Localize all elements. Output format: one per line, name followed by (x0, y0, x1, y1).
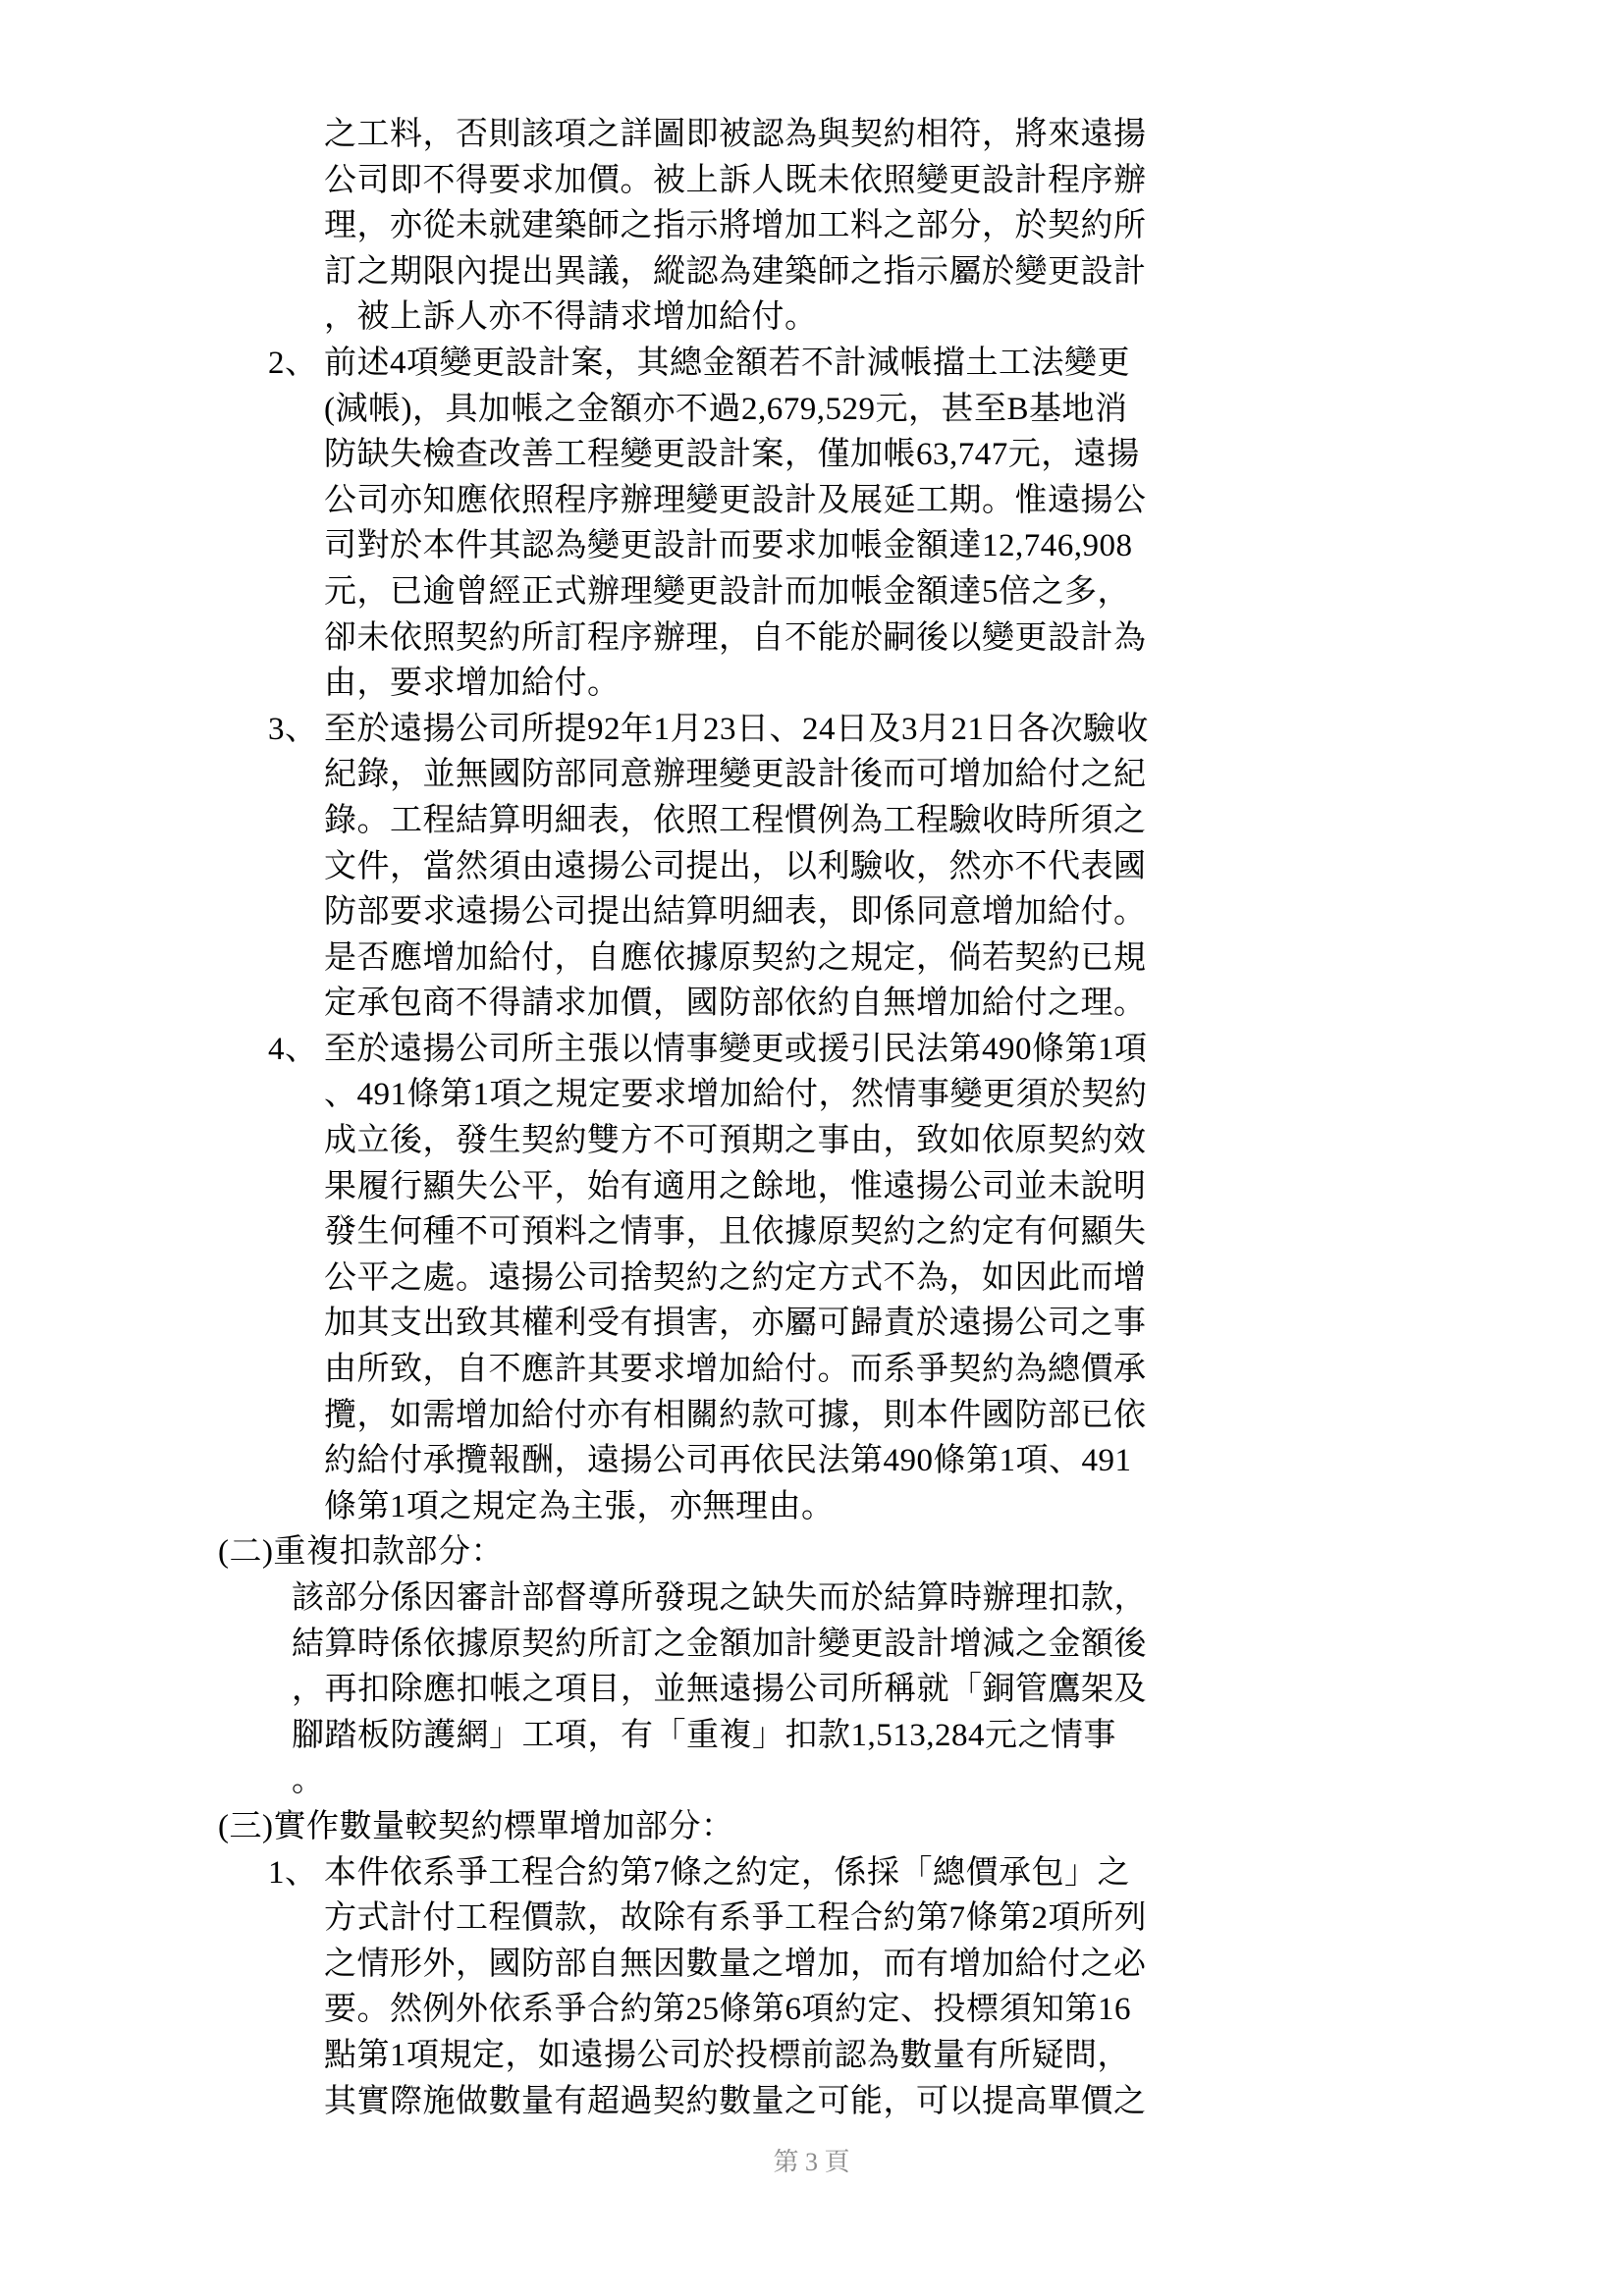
document-line: 方式計付工程價款，故除有系爭工程合約第7條第2項所列 (324, 1896, 1623, 1942)
document-line: ，被上訴人亦不得請求增加給付。 (324, 294, 1623, 341)
document-line: 定承包商不得請求加價，國防部依約自無增加給付之理。 (324, 981, 1623, 1027)
document-line: 由所致，自不應許其要求增加給付。而系爭契約為總價承 (324, 1347, 1623, 1393)
document-line: 其實際施做數量有超過契約數量之可能，可以提高單價之 (324, 2079, 1623, 2125)
document-page: 之工料，否則該項之詳圖即被認為與契約相符，將來遠揚公司即不得要求加價。被上訴人既… (0, 0, 1623, 2296)
document-line: 錄。工程結算明細表，依照工程慣例為工程驗收時所須之 (324, 798, 1623, 844)
document-line: 訂之期限內提出異議，縱認為建築師之指示屬於變更設計 (324, 249, 1623, 295)
document-line: 元，已逾曾經正式辦理變更設計而加帳金額達5倍之多， (324, 569, 1623, 615)
document-line: 之情形外，國防部自無因數量之增加，而有增加給付之必 (324, 1942, 1623, 1988)
document-line: 是否應增加給付，自應依據原契約之規定，倘若契約已規 (324, 935, 1623, 982)
document-line: 防部要求遠揚公司提出結算明細表，即係同意增加給付。 (324, 889, 1623, 935)
document-line: 結算時係依據原契約所訂之金額加計變更設計增減之金額後 (292, 1622, 1623, 1668)
document-line: 卻未依照契約所訂程序辦理，自不能於嗣後以變更設計為 (324, 615, 1623, 662)
document-line: 腳踏板防護網」工項，有「重複」扣款1,513,284元之情事 (292, 1713, 1623, 1759)
document-line: 約給付承攬報酬，遠揚公司再依民法第490條第1項、491 (324, 1438, 1623, 1484)
list-item-number: 2、 (268, 341, 324, 387)
document-line: 3、至於遠揚公司所提92年1月23日、24日及3月21日各次驗收 (268, 707, 1623, 753)
document-line: (三)實作數量較契約標單增加部分： (218, 1804, 1623, 1850)
document-line: 由，要求增加給付。 (324, 661, 1623, 707)
document-line: 攬，如需增加給付亦有相關約款可據，則本件國防部已依 (324, 1393, 1623, 1439)
document-line: 公平之處。遠揚公司捨契約之約定方式不為，如因此而增 (324, 1255, 1623, 1302)
document-line: 成立後，發生契約雙方不可預期之事由，致如依原契約效 (324, 1118, 1623, 1164)
document-line: 之工料，否則該項之詳圖即被認為與契約相符，將來遠揚 (324, 112, 1623, 158)
page-number: 第 3 頁 (0, 2148, 1623, 2177)
document-line: 果履行顯失公平，始有適用之餘地，惟遠揚公司並未說明 (324, 1164, 1623, 1210)
document-line: 紀錄，並無國防部同意辦理變更設計後而可增加給付之紀 (324, 752, 1623, 798)
document-line: 、491條第1項之規定要求增加給付，然情事變更須於契約 (324, 1072, 1623, 1118)
document-line: (減帳)，具加帳之金額亦不過2,679,529元，甚至B基地消 (324, 387, 1623, 433)
document-line: 該部分係因審計部督導所發現之缺失而於結算時辦理扣款， (292, 1575, 1623, 1622)
document-line: 。 (292, 1758, 1623, 1804)
document-line: 要。然例外依系爭合約第25條第6項約定、投標須知第16 (324, 1987, 1623, 2033)
document-line: 4、至於遠揚公司所主張以情事變更或援引民法第490條第1項 (268, 1027, 1623, 1073)
list-item-number: 3、 (268, 707, 324, 753)
document-line: 發生何種不可預料之情事，且依據原契約之約定有何顯失 (324, 1209, 1623, 1255)
document-line: 防缺失檢查改善工程變更設計案，僅加帳63,747元，遠揚 (324, 432, 1623, 478)
list-item-number: 4、 (268, 1027, 324, 1073)
document-line: 2、前述4項變更設計案，其總金額若不計減帳擋土工法變更 (268, 341, 1623, 387)
document-line: 點第1項規定，如遠揚公司於投標前認為數量有所疑問， (324, 2033, 1623, 2079)
document-line: 文件，當然須由遠揚公司提出，以利驗收，然亦不代表國 (324, 844, 1623, 890)
document-line: ，再扣除應扣帳之項目，並無遠揚公司所稱就「銅管鷹架及 (292, 1667, 1623, 1713)
document-line: 1、本件依系爭工程合約第7條之約定，係採「總價承包」之 (268, 1850, 1623, 1896)
document-line: 公司即不得要求加價。被上訴人既未依照變更設計程序辦 (324, 158, 1623, 204)
document-text-block: 之工料，否則該項之詳圖即被認為與契約相符，將來遠揚公司即不得要求加價。被上訴人既… (0, 112, 1623, 2124)
document-line: 公司亦知應依照程序辦理變更設計及展延工期。惟遠揚公 (324, 478, 1623, 524)
document-line: 司對於本件其認為變更設計而要求加帳金額達12,746,908 (324, 523, 1623, 569)
list-item-number: 1、 (268, 1850, 324, 1896)
document-line: 條第1項之規定為主張，亦無理由。 (324, 1484, 1623, 1530)
document-line: 加其支出致其權利受有損害，亦屬可歸責於遠揚公司之事 (324, 1301, 1623, 1347)
document-line: (二)重複扣款部分： (218, 1529, 1623, 1575)
document-line: 理，亦從未就建築師之指示將增加工料之部分，於契約所 (324, 203, 1623, 249)
